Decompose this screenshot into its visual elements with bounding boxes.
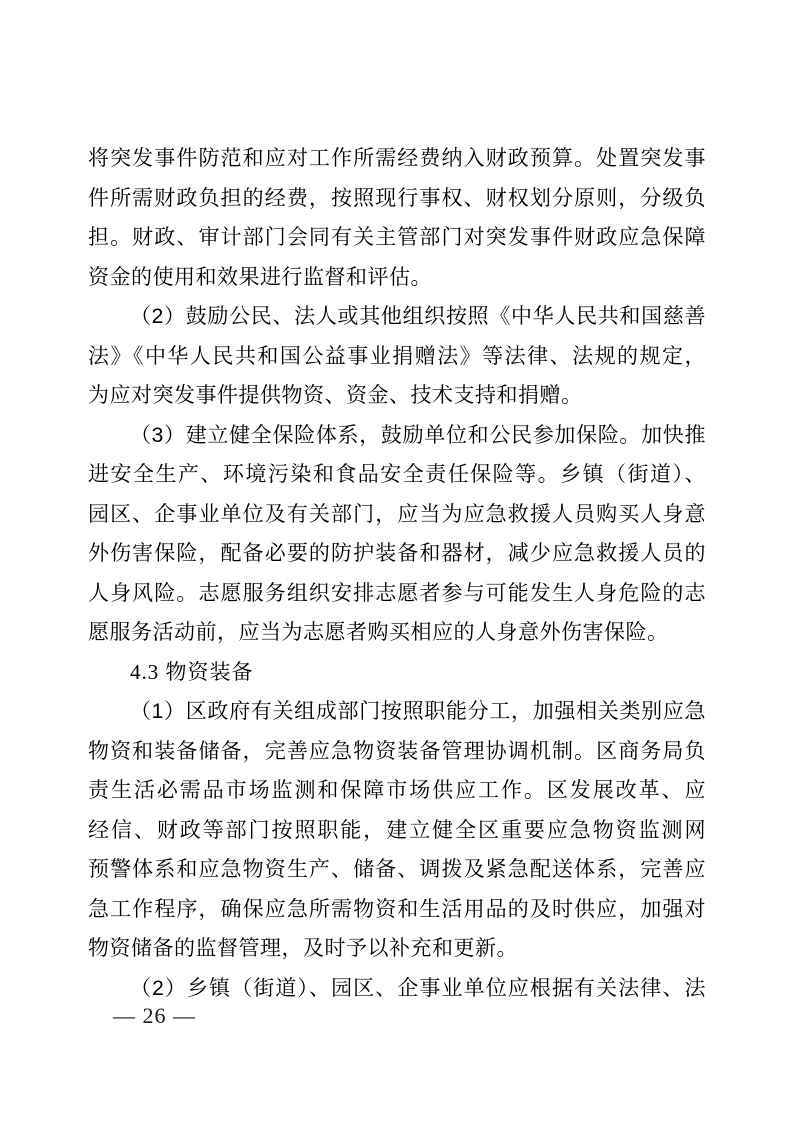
text-line: 园区、企事业单位及有关部门，应当为应急救援人员购买人身意 — [88, 495, 706, 535]
text-line: 责生活必需品市场监测和保障市场供应工作。区发展改革、应急、 — [88, 771, 706, 811]
text-line: 预警体系和应急物资生产、储备、调拨及紧急配送体系，完善应 — [88, 850, 706, 890]
page-number: — 26 — — [113, 1002, 196, 1030]
text-line: 物资和装备储备，完善应急物资装备管理协调机制。区商务局负 — [88, 732, 706, 772]
text-line: 愿服务活动前，应当为志愿者购买相应的人身意外伤害保险。 — [88, 613, 706, 653]
document-text-block: 将突发事件防范和应对工作所需经费纳入财政预算。处置突发事件所需财政负担的经费，按… — [88, 139, 706, 1008]
text-line: 将突发事件防范和应对工作所需经费纳入财政预算。处置突发事 — [88, 139, 706, 179]
text-line: 急工作程序，确保应急所需物资和生活用品的及时供应，加强对 — [88, 890, 706, 930]
text-line: （3）建立健全保险体系，鼓励单位和公民参加保险。加快推 — [88, 416, 706, 456]
document-page: 将突发事件防范和应对工作所需经费纳入财政预算。处置突发事件所需财政负担的经费，按… — [0, 0, 793, 1122]
text-line: （2）鼓励公民、法人或其他组织按照《中华人民共和国慈善 — [88, 297, 706, 337]
text-line: 经信、财政等部门按照职能，建立健全区重要应急物资监测网络、 — [88, 811, 706, 851]
text-line: 外伤害保险，配备必要的防护装备和器材，减少应急救援人员的 — [88, 534, 706, 574]
text-line: 资金的使用和效果进行监督和评估。 — [88, 258, 706, 298]
text-line: 人身风险。志愿服务组织安排志愿者参与可能发生人身危险的志 — [88, 574, 706, 614]
text-line: 为应对突发事件提供物资、资金、技术支持和捐赠。 — [88, 376, 706, 416]
section-heading: 4.3 物资装备 — [88, 653, 706, 693]
text-line: （1）区政府有关组成部门按照职能分工，加强相关类别应急 — [88, 692, 706, 732]
text-line: 物资储备的监督管理，及时予以补充和更新。 — [88, 929, 706, 969]
text-line: 法》《中华人民共和国公益事业捐赠法》等法律、法规的规定， — [88, 337, 706, 377]
text-line: 进安全生产、环境污染和食品安全责任保险等。乡镇（街道）、 — [88, 455, 706, 495]
text-line: 担。财政、审计部门会同有关主管部门对突发事件财政应急保障 — [88, 218, 706, 258]
text-line: 件所需财政负担的经费，按照现行事权、财权划分原则，分级负 — [88, 179, 706, 219]
